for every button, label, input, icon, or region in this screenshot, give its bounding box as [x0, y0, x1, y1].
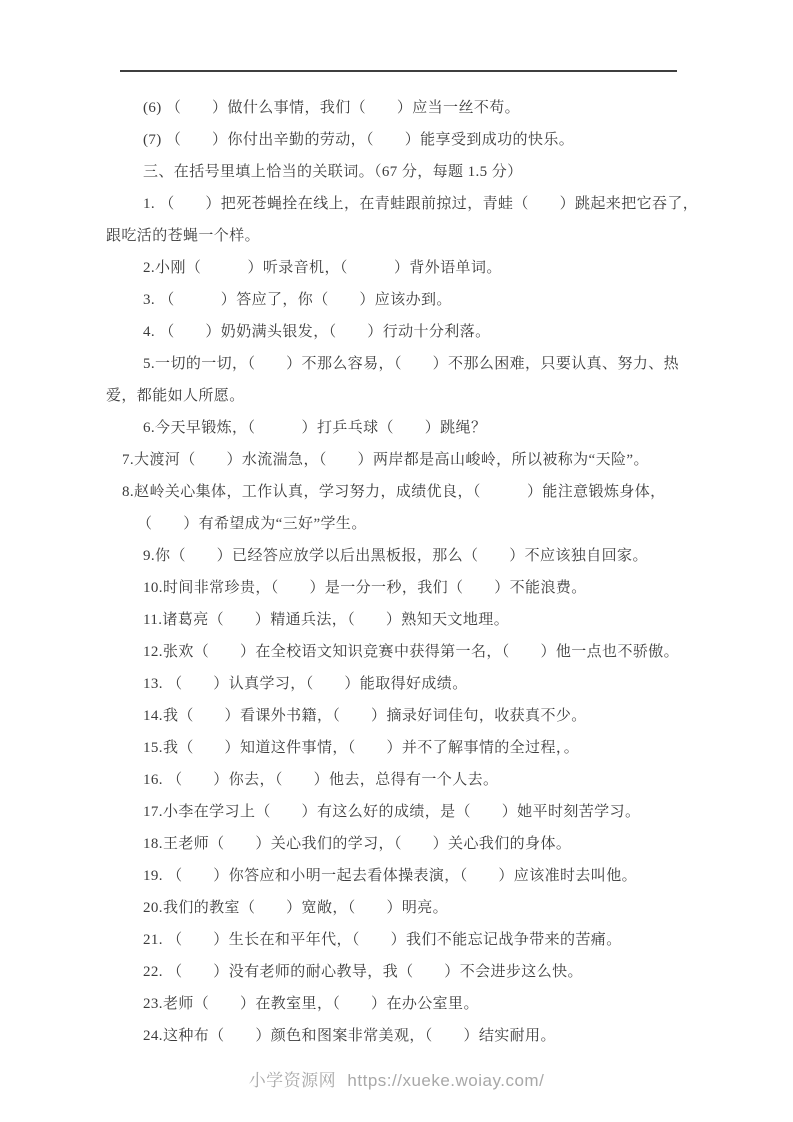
- question-2: 2.小刚（ ）听录音机，（ ）背外语单词。: [0, 252, 793, 284]
- question-6: 6.今天早锻炼，（ ）打乒乓球（ ）跳绳？: [0, 412, 793, 444]
- question-22: 22. （ ）没有老师的耐心教导，我（ ）不会进步这么快。: [0, 956, 793, 988]
- question-15: 15.我（ ）知道这件事情，（ ）并不了解事情的全过程，。: [0, 732, 793, 764]
- question-17: 17.小李在学习上（ ）有这么好的成绩，是（ ）她平时刻苦学习。: [0, 796, 793, 828]
- question-20: 20.我们的教室（ ）宽敞，（ ）明亮。: [0, 892, 793, 924]
- subitem-6: (6) （ ）做什么事情，我们（ ）应当一丝不苟。: [0, 92, 793, 124]
- question-14: 14.我（ ）看课外书籍，（ ）摘录好词佳句，收获真不少。: [0, 700, 793, 732]
- question-23: 23.老师（ ）在教室里，（ ）在办公室里。: [0, 988, 793, 1020]
- question-5: 5.一切的一切，（ ）不那么容易，（ ）不那么困难，只要认真、努力、热: [0, 348, 793, 380]
- question-5-cont: 爱，都能如人所愿。: [0, 380, 793, 412]
- question-10: 10.时间非常珍贵，（ ）是一分一秒，我们（ ）不能浪费。: [0, 572, 793, 604]
- question-12: 12.张欢（ ）在全校语文知识竞赛中获得第一名，（ ）他一点也不骄傲。: [0, 636, 793, 668]
- question-19: 19. （ ）你答应和小明一起去看体操表演，（ ）应该准时去叫他。: [0, 860, 793, 892]
- question-9: 9.你（ ）已经答应放学以后出黑板报，那么（ ）不应该独自回家。: [0, 540, 793, 572]
- question-13: 13. （ ）认真学习，（ ）能取得好成绩。: [0, 668, 793, 700]
- section-heading: 三、在括号里填上恰当的关联词。（67 分，每题 1.5 分）: [0, 156, 793, 188]
- question-7: 7.大渡河（ ）水流湍急，（ ）两岸都是高山峻岭，所以被称为“天险”。: [0, 444, 793, 476]
- footer-watermark: 小学资源网 https://xueke.woiay.com/: [0, 1066, 793, 1091]
- worksheet-body: (6) （ ）做什么事情，我们（ ）应当一丝不苟。 (7) （ ）你付出辛勤的劳…: [0, 92, 793, 1052]
- question-16: 16. （ ）你去，（ ）他去，总得有一个人去。: [0, 764, 793, 796]
- header-rule: [120, 70, 677, 72]
- question-11: 11.诸葛亮（ ）精通兵法，（ ）熟知天文地理。: [0, 604, 793, 636]
- subitem-7: (7) （ ）你付出辛勤的劳动，（ ）能享受到成功的快乐。: [0, 124, 793, 156]
- question-1: 1. （ ）把死苍蝇拴在线上，在青蛙跟前掠过，青蛙（ ）跳起来把它吞了，: [0, 188, 793, 220]
- footer-url: https://xueke.woiay.com/: [347, 1071, 544, 1090]
- question-4: 4. （ ）奶奶满头银发，（ ）行动十分利落。: [0, 316, 793, 348]
- question-18: 18.王老师（ ）关心我们的学习，（ ）关心我们的身体。: [0, 828, 793, 860]
- question-8-cont: （ ）有希望成为“三好”学生。: [0, 508, 793, 540]
- question-3: 3. （ ）答应了，你（ ）应该办到。: [0, 284, 793, 316]
- question-24: 24.这种布（ ）颜色和图案非常美观，（ ）结实耐用。: [0, 1020, 793, 1052]
- question-21: 21. （ ）生长在和平年代，（ ）我们不能忘记战争带来的苦痛。: [0, 924, 793, 956]
- footer-site-name: 小学资源网: [249, 1071, 337, 1090]
- worksheet-page: (6) （ ）做什么事情，我们（ ）应当一丝不苟。 (7) （ ）你付出辛勤的劳…: [0, 0, 793, 1122]
- question-8: 8.赵岭关心集体，工作认真，学习努力，成绩优良，（ ）能注意锻炼身体，: [0, 476, 793, 508]
- question-1-cont: 跟吃活的苍蝇一个样。: [0, 220, 793, 252]
